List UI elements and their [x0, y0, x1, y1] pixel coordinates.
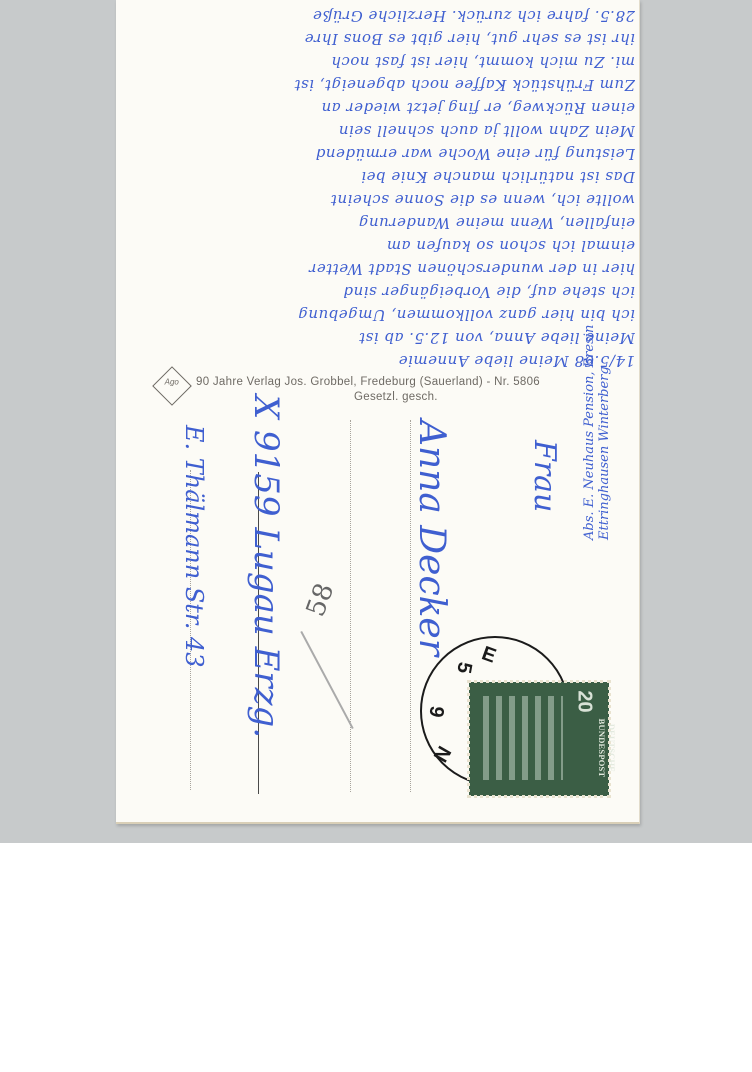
postmark-text: N [428, 741, 455, 765]
message-line: wollte ich, wenn es die Sonne scheint [120, 188, 635, 211]
recipient-name: Anna Decker [411, 420, 452, 656]
postmark-text: E [478, 642, 498, 668]
message-line: einen Rückweg, er fing jetzt wieder an [120, 96, 635, 119]
logo-text: Ago [165, 378, 179, 387]
message-line: ich bin hier ganz vollkommen, Umgebung [120, 303, 635, 326]
postcard-back: 14/5.68 Meine liebe Annemie Meine liebe … [116, 0, 640, 824]
recipient-salutation: Frau [527, 440, 562, 512]
message-line: einmal ich schon so kaufen am [120, 234, 635, 257]
message-line: Leistung für eine Woche war ermüdend [120, 142, 635, 165]
address-guide-line [350, 420, 351, 792]
postage-stamp: 20 DEUTSCHE BUNDESPOST [469, 682, 609, 796]
copyright-line: Gesetzl. gesch. [354, 391, 438, 403]
message-line: Meine liebe Anna, von 12.5. ab ist [120, 326, 635, 349]
stamp-country: DEUTSCHE BUNDESPOST [597, 698, 617, 798]
message-line: ihr ist es sehr gut, hier gibt es Bons I… [120, 27, 635, 50]
message-line: 28.5. fahre ich zurück. Herzliche Grüße [120, 4, 635, 27]
message-line: hier in der wunderschönen Stadt Wetter [120, 257, 635, 280]
publisher-logo: Ago [152, 366, 192, 406]
brandenburg-gate-motif [483, 696, 563, 780]
postmark-text: 5 [451, 660, 476, 675]
handwritten-message: 14/5.68 Meine liebe Annemie Meine liebe … [120, 0, 635, 372]
sender-note: Abs. E. Neuhaus Pension, Bresin Ettringh… [582, 250, 612, 540]
city-line: X 9159 Lugau Erzg. [246, 395, 286, 738]
message-line: Das ist natürlich manche Knie bei [120, 165, 635, 188]
message-line: Zum Frühstück Kaffee noch abgeneigt, ist [120, 73, 635, 96]
street-line: E. Thälmann Str. 43 [180, 425, 208, 668]
message-line: ich stehe auf, die Vorbeigänger sind [120, 280, 635, 303]
message-line: 14/5.68 Meine liebe Annemie [120, 349, 635, 372]
message-line: Mein Zahn wollt ja auch schnell sein [120, 119, 635, 142]
message-line: mi. Zu mich kommt, hier ist fast noch [120, 50, 635, 73]
pencil-stroke [300, 631, 353, 729]
stamp-value: 20 [573, 690, 596, 712]
postmark-text: 9 [423, 704, 448, 719]
message-line: einfallen, Wenn meine Wanderung [120, 211, 635, 234]
pencil-mark: 58 [301, 579, 341, 620]
publisher-line: 90 Jahre Verlag Jos. Grobbel, Fredeburg … [196, 376, 540, 388]
